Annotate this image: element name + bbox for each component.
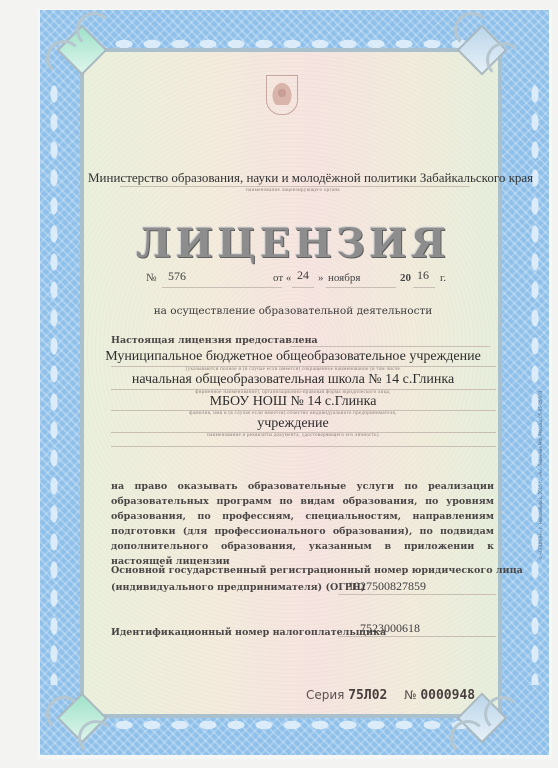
serial-prefix: № <box>404 688 416 702</box>
series-label: Серия <box>306 688 344 702</box>
corner-ornament-icon <box>50 18 112 80</box>
divider <box>290 346 490 347</box>
date-month: ноября <box>328 272 360 284</box>
caption-document: наименование и реквизиты документа, удос… <box>88 433 498 438</box>
corner-ornament-icon <box>450 18 512 80</box>
divider <box>338 636 496 637</box>
serial-value: 0000948 <box>420 688 475 703</box>
series: Серия 75Л02 <box>306 688 387 703</box>
date-prefix: от « <box>273 272 291 284</box>
number-prefix: № <box>146 272 157 284</box>
issuer-name: Министерство образования, науки и молодё… <box>88 170 498 186</box>
frame-wave-bottom <box>110 719 479 731</box>
divider <box>338 594 496 595</box>
divider <box>413 287 435 288</box>
date-sep: » <box>318 272 324 284</box>
serial-number: № 0000948 <box>404 688 475 703</box>
org-short-name: МБОУ НОШ № 14 с.Глинка <box>88 394 498 410</box>
rights-paragraph: на право оказывать образовательные услуг… <box>111 479 494 569</box>
divider <box>326 287 396 288</box>
license-number: 576 <box>168 269 186 284</box>
divider <box>162 287 282 288</box>
date-year-prefix: 20 <box>400 272 411 284</box>
org-full-name-line1: Муниципальное бюджетное общеобразователь… <box>88 349 498 365</box>
ogrn-value: 1027500827859 <box>348 579 426 594</box>
printer-imprint: © «ОПЦИОН», г. Новосибирск, 2015 г., «А»… <box>538 391 543 560</box>
divider <box>111 446 496 447</box>
series-value: 75Л02 <box>348 688 387 703</box>
date-year-unit: г. <box>440 272 446 284</box>
ogrn-label-line2: (индивидуального предпринимателя) (ОГРН) <box>111 582 365 593</box>
corner-ornament-icon <box>50 686 112 748</box>
date-day: 24 <box>297 268 309 283</box>
date-year: 16 <box>417 268 429 283</box>
divider <box>292 287 314 288</box>
ogrn-label-line1: Основной государственный регистрационный… <box>111 565 523 576</box>
inn-value: 7523000618 <box>360 621 420 636</box>
document-subtitle: на осуществление образовательной деятель… <box>88 305 498 317</box>
document-title: ЛИЦЕНЗИЯ <box>88 220 498 267</box>
frame-wave-left <box>48 80 60 685</box>
issuer-caption: наименование лицензирующего органа <box>88 188 498 193</box>
org-full-name-line2: начальная общеобразовательная школа № 14… <box>88 372 498 388</box>
granted-label: Настоящая лицензия предоставлена <box>111 335 318 346</box>
coat-of-arms-icon <box>266 75 298 115</box>
org-legal-form: учреждение <box>88 416 498 432</box>
divider <box>120 186 470 187</box>
